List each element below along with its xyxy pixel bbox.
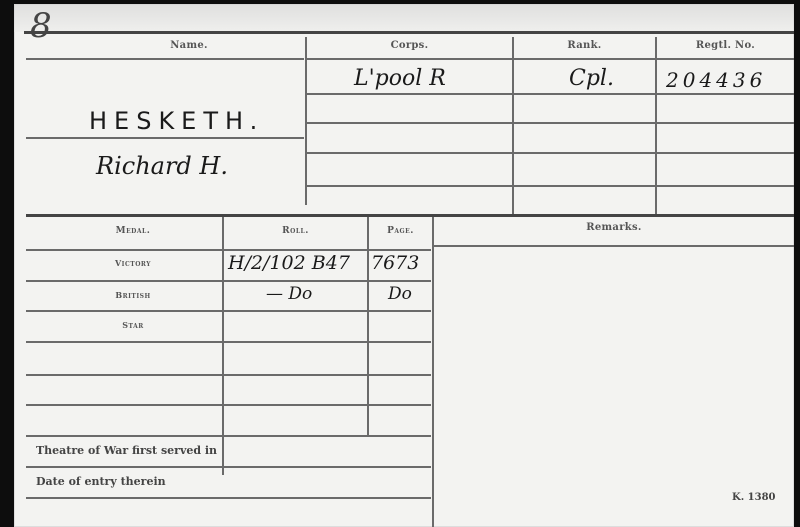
divider: [26, 374, 431, 376]
divider: [26, 310, 431, 312]
surname: HESKETH.: [89, 107, 264, 135]
theatre-label: Theatre of War first served in: [36, 444, 217, 457]
divider: [307, 58, 794, 60]
divider: [307, 122, 794, 124]
divider: [26, 497, 431, 499]
divider: [26, 137, 304, 139]
medal-name: Star: [44, 320, 222, 330]
medal-name: British: [44, 290, 222, 300]
divider: [434, 245, 794, 247]
divider: [26, 280, 431, 282]
divider: [26, 249, 431, 251]
divider: [26, 435, 431, 437]
medal-header: Medal.: [44, 226, 222, 236]
page-value: Do: [388, 284, 412, 304]
divider: [307, 152, 794, 154]
remarks-header: Remarks.: [434, 222, 794, 233]
divider: [26, 214, 794, 217]
divider: [307, 93, 794, 95]
divider: [26, 466, 431, 468]
page-value: 7673: [371, 252, 419, 274]
corps-header: Corps.: [307, 40, 512, 51]
divider: [305, 37, 307, 205]
rank-value: Cpl.: [569, 66, 614, 91]
divider: [26, 404, 431, 406]
divider: [26, 341, 431, 343]
divider: [24, 31, 794, 34]
entry-date-label: Date of entry therein: [36, 475, 166, 488]
divider: [307, 185, 794, 187]
regt-no-header: Regtl. No.: [657, 40, 794, 51]
form-number: K. 1380: [732, 492, 776, 503]
medal-index-card: 8 Name. HESKETH. Richard H. Corps. Rank.…: [14, 4, 794, 527]
divider: [655, 37, 657, 217]
roll-header: Roll.: [224, 226, 367, 236]
divider: [432, 217, 434, 527]
divider: [512, 37, 514, 217]
name-header: Name.: [64, 40, 314, 51]
roll-value: — Do: [266, 284, 312, 304]
corps-value: L'pool R: [354, 66, 446, 91]
corner-mark: 8: [30, 6, 52, 46]
forenames: Richard H.: [96, 152, 228, 180]
medal-name: Victory: [44, 258, 222, 268]
divider: [26, 58, 304, 60]
rank-header: Rank.: [514, 40, 655, 51]
roll-value: H/2/102 B47: [228, 252, 350, 274]
regt-no-value: 204436: [666, 68, 766, 92]
page-header: Page.: [369, 226, 432, 236]
